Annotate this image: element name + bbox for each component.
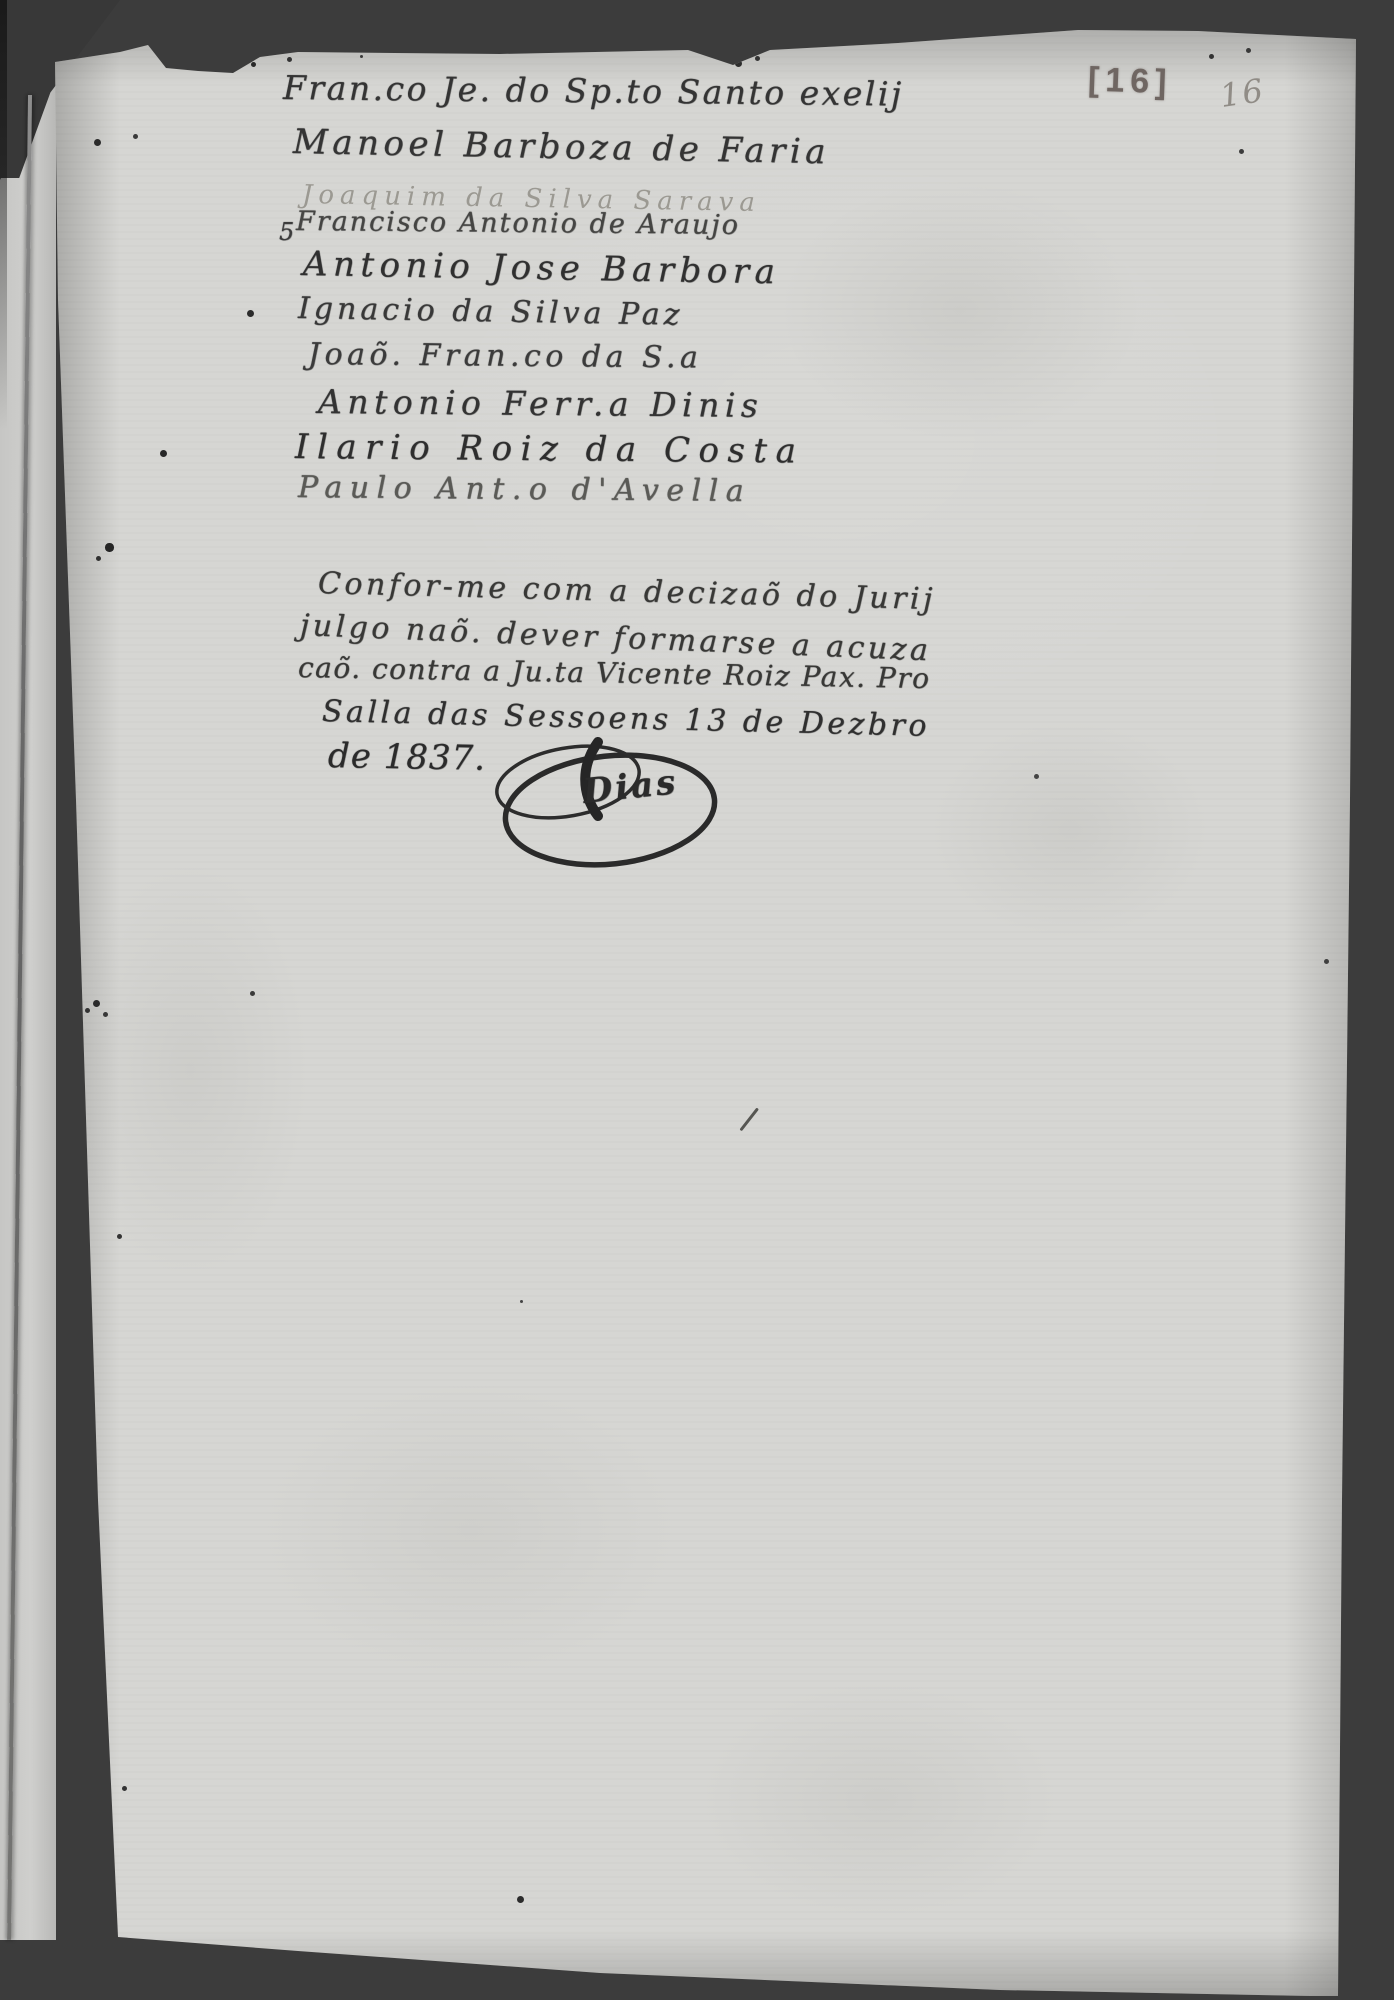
name-line-5: Antonio Jose Barbora bbox=[303, 244, 781, 292]
year-line: de 1837. bbox=[328, 736, 487, 779]
manuscript-scan-page: [16] 16 Fran.co Je. do Sp.to Santo exeli… bbox=[0, 0, 1394, 2000]
paper-bottom-shading bbox=[0, 1930, 1394, 2000]
name-line-10: Paulo Ant.o d'Avella bbox=[298, 470, 751, 509]
name-line-2: Manoel Barboza de Faria bbox=[293, 122, 831, 172]
marginal-numeral: 5 bbox=[279, 218, 294, 246]
name-line-7: Joaõ. Fran.co da S.a bbox=[308, 337, 703, 375]
name-line-6: Ignacio da Silva Paz bbox=[298, 291, 684, 333]
paper-stain bbox=[260, 1380, 680, 1680]
paper-stain bbox=[930, 720, 1210, 940]
paper-sheet: [16] 16 Fran.co Je. do Sp.to Santo exeli… bbox=[0, 0, 1394, 2000]
name-line-4: Francisco Antonio de Araujo bbox=[296, 206, 740, 241]
decision-line-1: Confor-me com a decizaõ do Jurij bbox=[318, 566, 937, 617]
name-line-8: Antonio Ferr.a Dinis bbox=[318, 382, 764, 425]
folio-number-stamp: [16] bbox=[1087, 61, 1173, 103]
left-edge-shadow bbox=[0, 0, 7, 430]
stray-pen-mark bbox=[739, 1107, 758, 1131]
folio-number-ink: 16 bbox=[1218, 71, 1268, 115]
paper-stain bbox=[780, 180, 1140, 440]
name-line-1: Fran.co Je. do Sp.to Santo exelij bbox=[283, 68, 904, 113]
paper-stain bbox=[70, 860, 310, 1280]
paper-right-shading bbox=[1284, 0, 1394, 2000]
paper-stain bbox=[700, 1680, 1060, 1920]
name-line-9: Ilario Roiz da Costa bbox=[295, 427, 805, 471]
